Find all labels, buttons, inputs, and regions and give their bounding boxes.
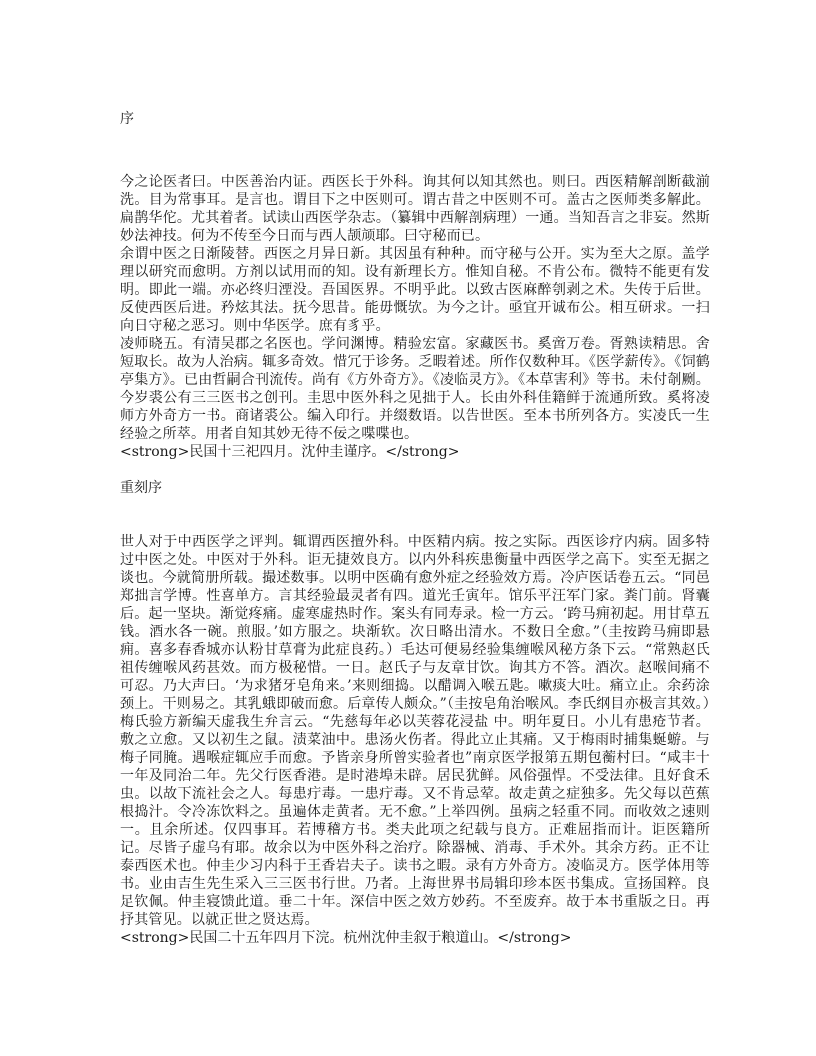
- preface-signature: <strong>民国十三祀四月。沈仲圭谨序。</strong>: [120, 443, 710, 461]
- preface-title: 序: [120, 110, 710, 128]
- preface-paragraph-2: 余谓中医之日渐陵替。西医之月异日新。其因虽有种种。而守秘与公开。实为至大之原。盖…: [120, 245, 710, 335]
- reprint-preface-signature: <strong>民国二十五年四月下浣。杭州沈仲圭叙于粮道山。</strong>: [120, 929, 710, 947]
- reprint-preface-title: 重刻序: [120, 479, 710, 497]
- preface-paragraph-3: 凌师晓五。有清吴郡之名医也。学问渊博。精验宏富。家藏医书。奚啻万卷。胥熟读精思。…: [120, 335, 710, 443]
- preface-paragraph-1: 今之论医者曰。中医善治内证。西医长于外科。询其何以知其然也。则曰。西医精解剖断截…: [120, 173, 710, 245]
- reprint-preface-paragraph-1: 世人对于中西医学之评判。辄谓西医擅外科。中医精内病。按之实际。西医诊疗内病。固多…: [120, 533, 710, 929]
- document-page: 序 今之论医者曰。中医善治内证。西医长于外科。询其何以知其然也。则曰。西医精解剖…: [120, 110, 710, 947]
